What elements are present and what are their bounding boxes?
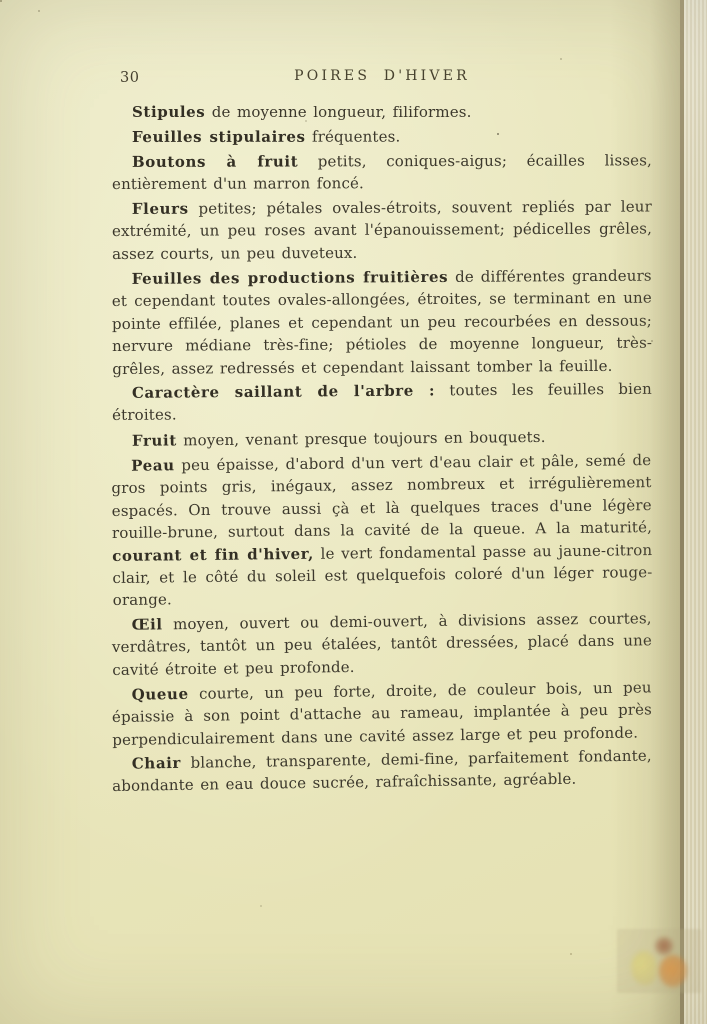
paragraph: Boutons à fruit petits, coniques-aigus; … [112, 149, 652, 196]
lead-term: Boutons à fruit [132, 152, 298, 171]
lead-term: Feuilles stipulaires [132, 128, 306, 146]
paragraph: Chair blanche, transparente, demi-fine, … [112, 745, 653, 798]
lead-term: Caractère saillant de l'arbre : [132, 382, 435, 402]
lead-term: Fleurs [132, 200, 189, 218]
body-text: fréquentes. [306, 127, 401, 145]
lead-term: Chair [132, 754, 181, 773]
body-text: peu épaisse, d'abord d'un vert d'eau cla… [111, 451, 652, 542]
paragraph: Caractère saillant de l'arbre : toutes l… [112, 378, 652, 427]
paper-dust-specks [0, 0, 2, 2]
paragraph: Feuilles stipulaires fréquentes. [112, 125, 652, 148]
body-text: courte, un peu forte, droite, de couleur… [112, 678, 652, 748]
page-stack-edge [684, 0, 707, 1024]
lead-term: Queue [132, 685, 189, 704]
page-content: 30 POIRES D'HIVER Stipules de moyenne lo… [112, 64, 652, 801]
body-text: de moyenne longueur, filiformes. [205, 103, 471, 121]
pear-blob-orange [659, 955, 687, 987]
body-text: petites; pétales ovales-étroits, souvent… [112, 198, 652, 263]
page-curvature-shading [610, 0, 682, 1024]
lead-term: Feuilles des productions fruitières [132, 268, 449, 288]
page-title: POIRES D'HIVER [112, 68, 652, 84]
fruit-watermark [617, 929, 701, 993]
body-text: blanche, transparente, demi-fine, parfai… [112, 747, 652, 796]
lead-term: courant et fin d'hiver, [112, 544, 314, 564]
paragraph: Peau peu épaisse, d'abord d'un vert d'ea… [111, 449, 653, 612]
lead-term: Peau [131, 456, 175, 474]
body-text: moyen, ouvert ou demi-ouvert, à division… [112, 609, 652, 679]
lead-term: Stipules [132, 103, 205, 121]
paragraph: Stipules de moyenne longueur, filiformes… [112, 101, 652, 123]
pear-blob-red [655, 937, 673, 955]
lead-term: Fruit [132, 431, 177, 449]
scanned-book-page: 30 POIRES D'HIVER Stipules de moyenne lo… [0, 0, 707, 1024]
pear-blob-yellow [631, 951, 657, 985]
page-header: 30 POIRES D'HIVER [112, 64, 652, 98]
paragraph: Feuilles des productions fruitières de d… [112, 264, 653, 379]
body-text: moyen, venant presque toujours en bouque… [177, 428, 546, 449]
page-body: Stipules de moyenne longueur, filiformes… [112, 101, 652, 798]
lead-term: Œil [132, 615, 163, 633]
paragraph: Fruit moyen, venant presque toujours en … [112, 425, 652, 452]
paragraph: Queue courte, un peu forte, droite, de c… [112, 676, 653, 751]
paragraph: Fleurs petites; pétales ovales-étroits, … [112, 196, 652, 266]
paragraph: Œil moyen, ouvert ou demi-ouvert, à divi… [112, 607, 653, 681]
